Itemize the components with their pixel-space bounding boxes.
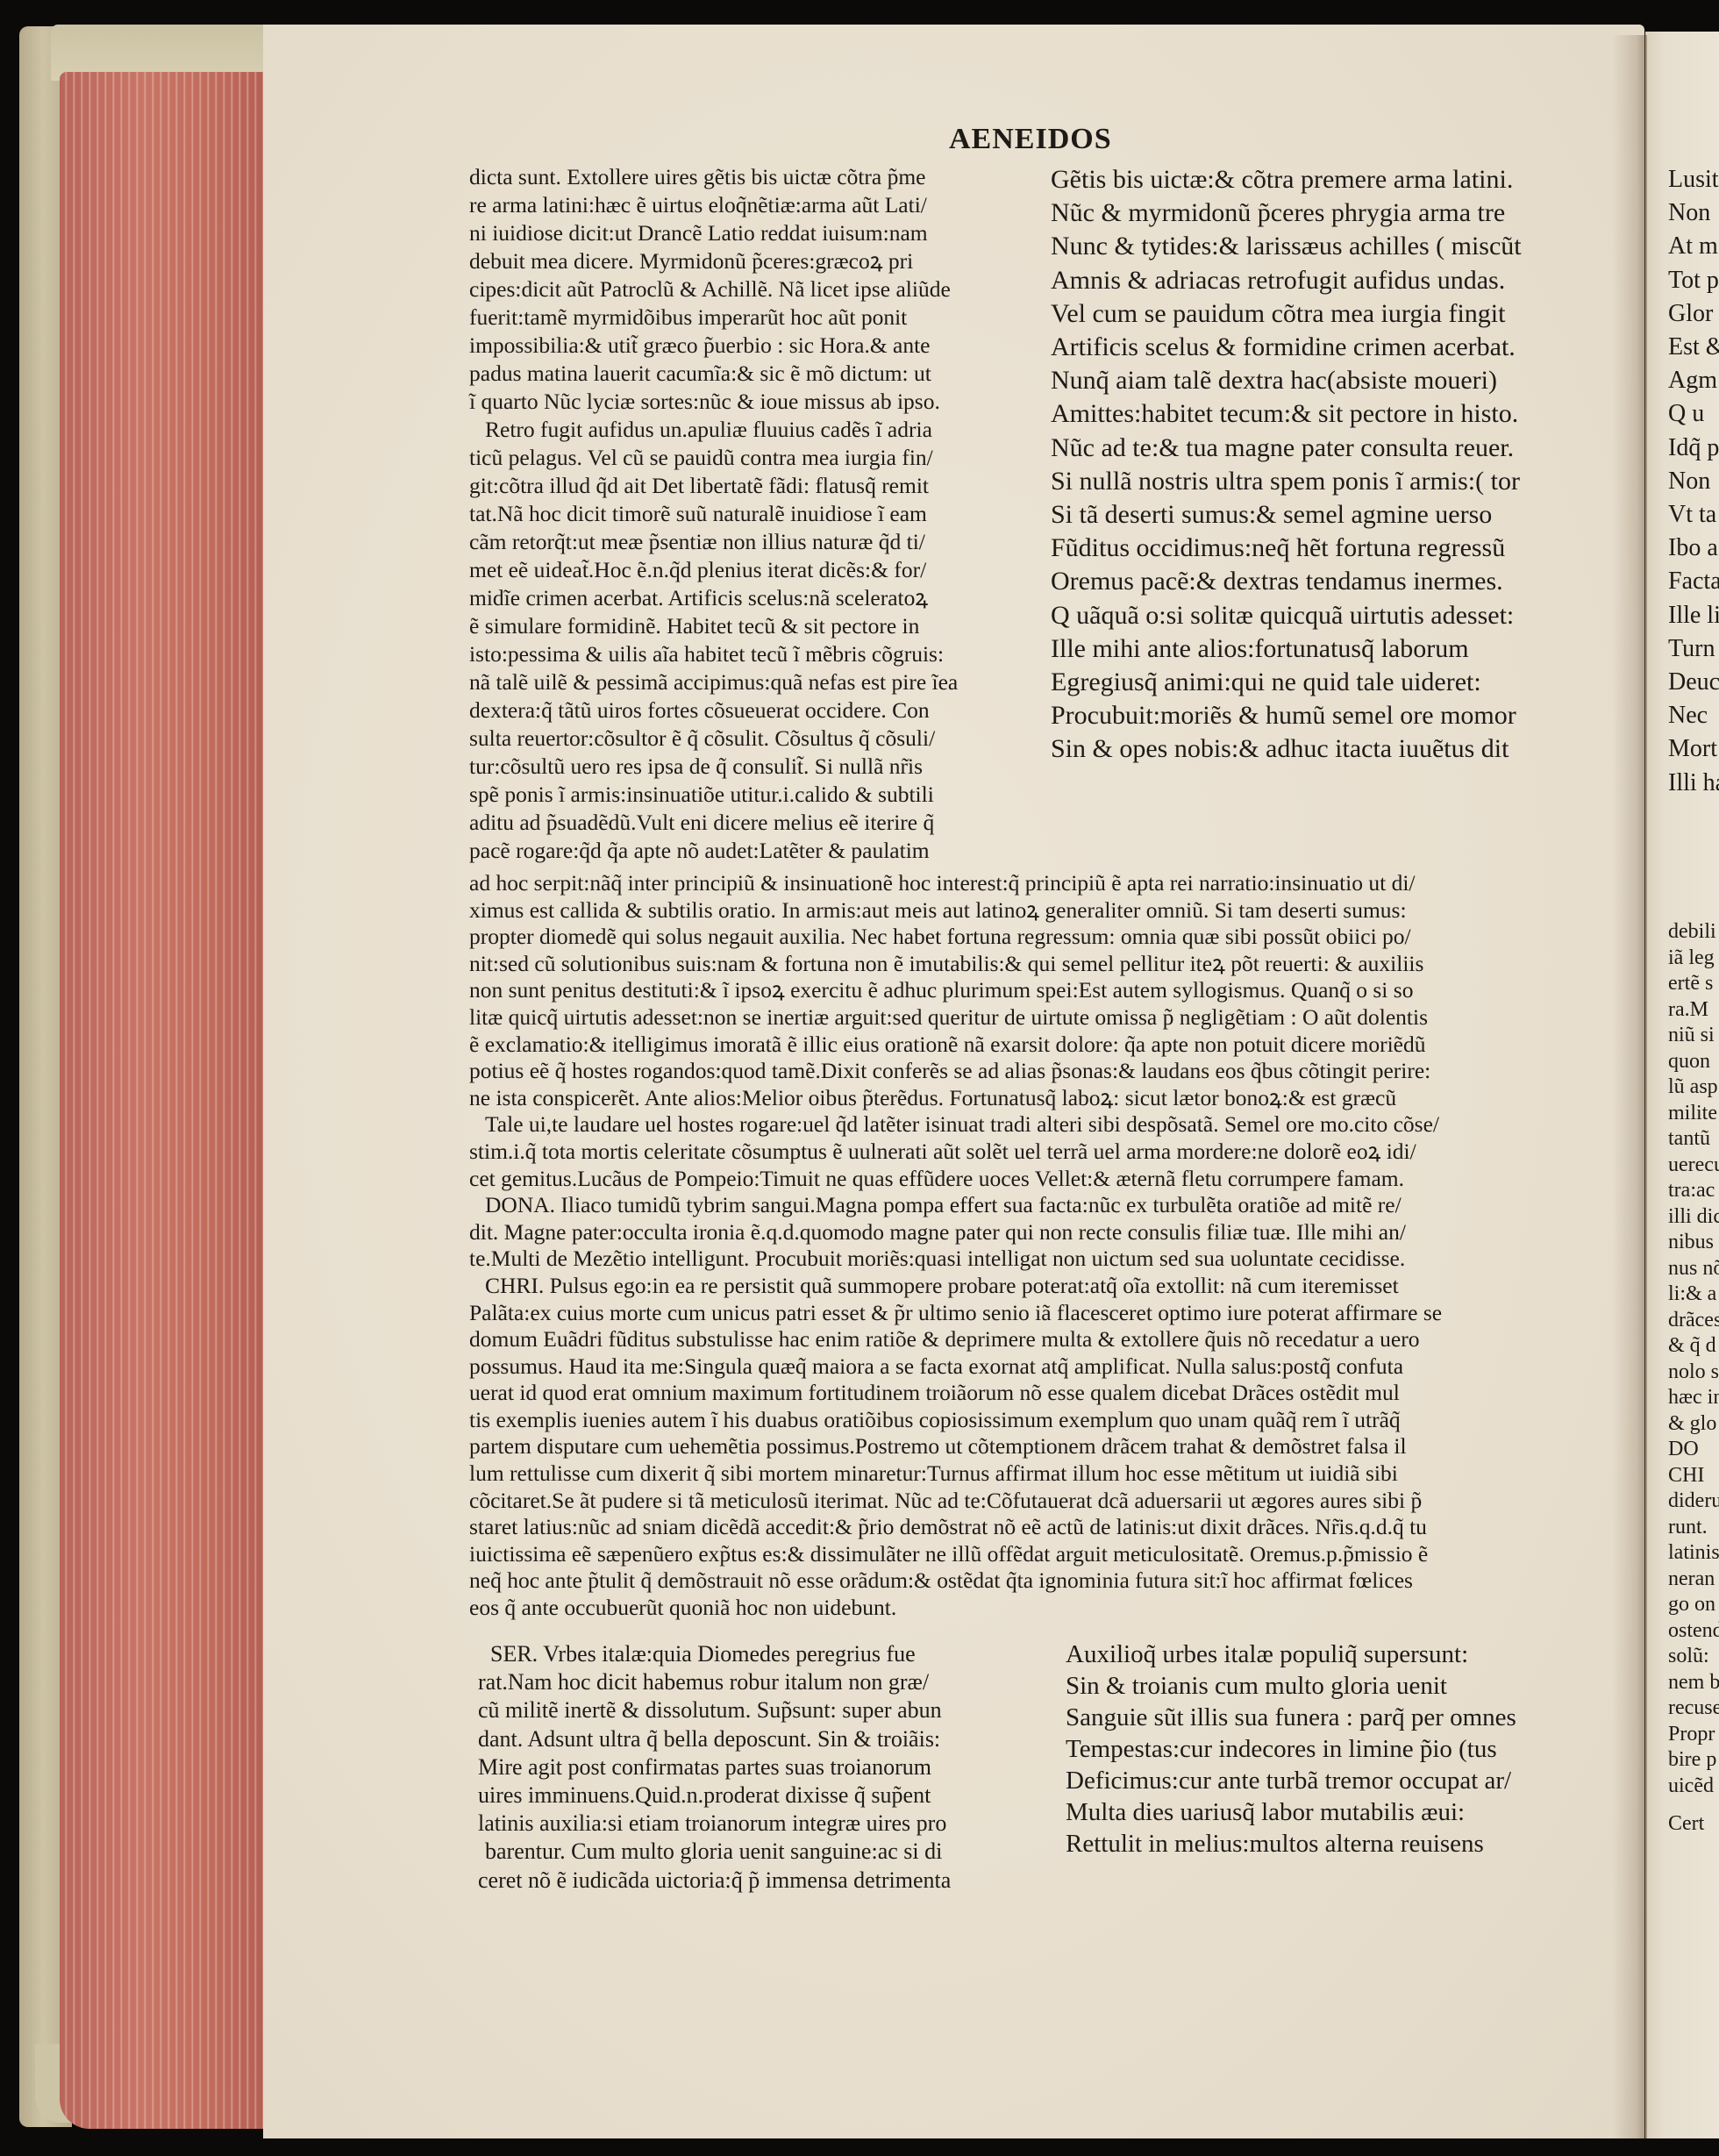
red-page-fore-edge — [60, 72, 267, 2129]
fragment-line: illi dic — [1668, 1204, 1719, 1231]
commentary-line: DONA. Iliaco tumidũ tybrim sangui.Magna … — [469, 1192, 1609, 1219]
fragment-line: latinis — [1668, 1540, 1719, 1567]
fragment-line: neran — [1668, 1567, 1719, 1593]
commentary-line: aditu ad p̃suadẽdũ.Vult eni dicere meliu… — [469, 809, 1048, 837]
commentary-line: te.Multi de Mezẽtio intelligunt. Procubu… — [469, 1246, 1609, 1273]
fragment-line: Idq̃ p — [1668, 432, 1719, 465]
verse-line: Si tã deserti sumus:& semel agmine uerso — [1051, 498, 1630, 532]
fragment-line: go on — [1668, 1592, 1719, 1618]
commentary-line: re arma latini:hæc ẽ uirtus eloq̃nẽtiæ:a… — [469, 191, 1048, 219]
commentary-line: sulta reuertor:cõsultor ẽ q̃ cõsulit. Cõ… — [469, 725, 1048, 753]
commentary-line: pacẽ rogare:q̃d q̃a apte nõ audet:Latẽte… — [469, 837, 1048, 865]
commentary-line: ẽ simulare formidinẽ. Habitet tecũ & sit… — [469, 612, 1048, 640]
fragment-line: Turn — [1668, 632, 1719, 666]
fragment-line: Vt ta — [1668, 498, 1719, 532]
verse-line: Ille mihi ante alios:fortunatusq̃ laboru… — [1051, 632, 1630, 666]
commentary-line: SER. Vrbes italæ:quia Diomedes peregrius… — [478, 1640, 1057, 1668]
fragment-line: lũ asp — [1668, 1074, 1719, 1101]
verse-line: Artificis scelus & formidine crimen acer… — [1051, 331, 1630, 364]
commentary-line: domum Euãdri fũditus substulisse hac eni… — [469, 1326, 1609, 1353]
fragment-line: Mort — [1668, 732, 1719, 766]
fragment-line: tra:ac — [1668, 1178, 1719, 1204]
verse-line: Nunc & tytides:& larissæus achilles ( mi… — [1051, 230, 1630, 263]
commentary-line: dant. Adsunt ultra q̃ bella deposcunt. S… — [478, 1725, 1057, 1753]
verse-line: Sin & opes nobis:& adhuc itacta iuuẽtus … — [1051, 732, 1630, 766]
fragment-line: & q̃ d — [1668, 1333, 1719, 1360]
fragment-line: uicẽd — [1668, 1774, 1719, 1800]
fragment-line: Q u — [1668, 397, 1719, 431]
fragment-line: Tot p — [1668, 264, 1719, 297]
verse-line: Procubuit:moriẽs & humũ semel ore momor — [1051, 699, 1630, 732]
commentary-line: fuerit:tamẽ myrmidõibus imperarũt hoc aũ… — [469, 303, 1048, 332]
commentary-line: cũ militẽ inertẽ & dissolutum. Sup̃sunt:… — [478, 1696, 1057, 1724]
commentary-line: cipes:dicit aũt Patroclũ & Achillẽ. Nã l… — [469, 275, 1048, 303]
fragment-line: drãces — [1668, 1308, 1719, 1334]
commentary-line: padus matina lauerit cacumĩa:& sic ẽ mõ … — [469, 360, 1048, 388]
commentary-line: ne ista conspicerẽt. Ante alios:Melior o… — [469, 1085, 1609, 1112]
commentary-line: ad hoc serpit:nãq̃ inter principiũ & ins… — [469, 870, 1609, 897]
commentary-line: git:cõtra illud q̃d ait Det libertatẽ fã… — [469, 472, 1048, 500]
fragment-line: nem b — [1668, 1670, 1719, 1696]
fragment-line: Illi ha — [1668, 767, 1719, 800]
fragment-line: At m — [1668, 230, 1719, 263]
commentary-line: lum rettulisse cum dixerit q̃ sibi morte… — [469, 1460, 1609, 1488]
commentary-line: cet gemitus.Lucãus de Pompeio:Timuit ne … — [469, 1166, 1609, 1193]
commentary-line: debuit mea dicere. Myrmidonũ p̃ceres:græ… — [469, 247, 1048, 275]
fragment-line: ra.M — [1668, 997, 1719, 1024]
verse-line: Sanguie sũt illis sua funera : parq̃ per… — [1066, 1702, 1609, 1733]
commentary-line: tat.Nã hoc dicit timorẽ suũ naturalẽ inu… — [469, 500, 1048, 528]
commentary-line: barentur. Cum multo gloria uenit sanguin… — [478, 1838, 1057, 1866]
verse-line: Deficimus:cur ante turbã tremor occupat … — [1066, 1765, 1609, 1796]
commentary-line: possumus. Haud ita me:Singula quæq̃ maio… — [469, 1353, 1609, 1381]
fragment-line: Ibo a — [1668, 532, 1719, 565]
commentary-line: cõcitaret.Se ãt pudere si tã meticulosũ … — [469, 1488, 1609, 1515]
commentary-line: latinis auxilia:si etiam troianorum inte… — [478, 1810, 1057, 1838]
fragment-line: DO — [1668, 1437, 1719, 1463]
commentary-line: Mire agit post confirmatas partes suas t… — [478, 1753, 1057, 1781]
verse-line: Sin & troianis cum multo gloria uenit — [1066, 1670, 1609, 1702]
verse-line: Auxilioq̃ urbes italæ populiq̃ supersunt… — [1066, 1638, 1609, 1670]
fragment-line: CHI — [1668, 1463, 1719, 1489]
commentary-line: potius eẽ q̃ hostes rogandos:quod tamẽ.D… — [469, 1058, 1609, 1085]
fragment-line: Agm — [1668, 364, 1719, 397]
fragment-line: Nec — [1668, 699, 1719, 732]
commentary-line: tur:cõsultũ uero res ipsa de q̃ consulit… — [469, 753, 1048, 781]
commentary-line: ẽ exclamatio:& itelligimus imoratã ẽ ill… — [469, 1032, 1609, 1059]
commentary-line: Palãta:ex cuius morte cum unicus patri e… — [469, 1300, 1609, 1327]
fragment-line: Non — [1668, 465, 1719, 498]
commentary-line: uires imminuens.Quid.n.proderat dixisse … — [478, 1781, 1057, 1810]
commentary-line: litæ quicq̃ uirtutis adesset:non se iner… — [469, 1004, 1609, 1032]
fragment-line: quon — [1668, 1049, 1719, 1075]
fragment-line: iã leg — [1668, 946, 1719, 972]
commentary-line: spẽ ponis ĩ armis:insinuatiõe utitur.i.c… — [469, 781, 1048, 809]
commentary-line: nã talẽ uilẽ & pessimã accipimus:quã nef… — [469, 668, 1048, 696]
verse-line: Egregiusq̃ animi:qui ne quid tale uidere… — [1051, 666, 1630, 699]
commentary-line: rat.Nam hoc dicit habemus robur italum n… — [478, 1668, 1057, 1696]
fragment-line: bire p — [1668, 1747, 1719, 1774]
commentary-line: ticũ pelagus. Vel cũ se pauidũ contra me… — [469, 444, 1048, 472]
fragment-line: Non — [1668, 196, 1719, 230]
commentary-line: ni iuidiose dicit:ut Drancẽ Latio reddat… — [469, 219, 1048, 247]
commentary-line: eos q̃ ante occubuerũt quoniã hoc non ui… — [469, 1595, 1609, 1622]
commentary-full-width: ad hoc serpit:nãq̃ inter principiũ & ins… — [469, 870, 1609, 1622]
commentary-line: nit:sed cũ solutionibus suis:nam & fortu… — [469, 951, 1609, 978]
fragment-line: Est & — [1668, 331, 1719, 364]
fragment-line: dideru — [1668, 1488, 1719, 1515]
commentary-line: isto:pessima & uilis aĩa habitet tecũ ĩ … — [469, 640, 1048, 668]
commentary-line: ĩ quarto Nũc lyciæ sortes:nũc & ioue mis… — [469, 388, 1048, 416]
verse-top-right: Gẽtis bis uictæ:& cõtra premere arma lat… — [1051, 163, 1630, 767]
commentary-top-left: dicta sunt. Extollere uires gẽtis bis ui… — [469, 163, 1048, 865]
commentary-line: met eẽ uideat̃.Hoc ẽ.n.q̃d plenius itera… — [469, 556, 1048, 584]
commentary-line: partem disputare cum uehemẽtia possimus.… — [469, 1433, 1609, 1460]
fragment-line: debili — [1668, 919, 1719, 946]
fragment-line: Ille li — [1668, 599, 1719, 632]
commentary-line: ceret nõ ẽ iudicãda uictoria:q̃ p̃ immen… — [478, 1867, 1057, 1895]
verse-line: Vel cum se pauidum cõtra mea iurgia fing… — [1051, 297, 1630, 331]
commentary-line: dit. Magne pater:occulta ironia ẽ.q.d.qu… — [469, 1219, 1609, 1246]
commentary-line: dicta sunt. Extollere uires gẽtis bis ui… — [469, 163, 1048, 191]
verse-line: Q uãquã o:si solitæ quicquã uirtutis ade… — [1051, 599, 1630, 632]
fragment-line: ostend — [1668, 1618, 1719, 1645]
verse-line: Nũc ad te:& tua magne pater consulta reu… — [1051, 432, 1630, 465]
fragment-line: Lusit — [1668, 163, 1719, 196]
fragment-line: nibus — [1668, 1230, 1719, 1256]
fragment-line: nus nõ — [1668, 1256, 1719, 1282]
commentary-line: CHRI. Pulsus ego:in ea re persistit quã … — [469, 1273, 1609, 1300]
commentary-line: staret latius:nũc ad sniam dicẽdã accedi… — [469, 1514, 1609, 1541]
verse-line: Si nullã nostris ultra spem ponis ĩ armi… — [1051, 465, 1630, 498]
fragment-line: solũ: — [1668, 1644, 1719, 1670]
fragment-line: uerecu — [1668, 1153, 1719, 1179]
fragment-line: Deuc — [1668, 666, 1719, 699]
verse-bottom-right: Auxilioq̃ urbes italæ populiq̃ supersunt… — [1066, 1638, 1609, 1860]
commentary-line: neq̃ hoc ante p̃tulit q̃ demõstrauit nõ … — [469, 1567, 1609, 1595]
commentary-line: impossibilia:& utit̃ græco p̃uerbio : si… — [469, 332, 1048, 360]
commentary-line: ximus est callida & subtilis oratio. In … — [469, 897, 1609, 925]
verse-line: Amittes:habitet tecum:& sit pectore in h… — [1051, 397, 1630, 431]
verse-line: Multa dies uariusq̃ labor mutabilis æui: — [1066, 1796, 1609, 1828]
facing-page-verse-fragment: Lusit Non At m Tot p Glor Est & Agm Q u … — [1668, 163, 1719, 800]
fragment-line: Facta — [1668, 565, 1719, 598]
commentary-line: stim.i.q̃ tota mortis celeritate cõsumpt… — [469, 1139, 1609, 1166]
commentary-line: non sunt penitus destituti:& ĩ ipsoꝝ exe… — [469, 977, 1609, 1004]
fragment-line: runt. — [1668, 1515, 1719, 1541]
commentary-line: cãm retorq̃t:ut meæ p̃sentiæ non illius … — [469, 528, 1048, 556]
verse-line: Fũditus occidimus:neq̃ hẽt fortuna regre… — [1051, 532, 1630, 565]
fragment-line: hæc in — [1668, 1385, 1719, 1411]
verse-line: Nũc & myrmidonũ p̃ceres phrygia arma tre — [1051, 196, 1630, 230]
facing-page-commentary-fragment: debili iã leg ertẽ s ra.M niũ si quon lũ… — [1668, 919, 1719, 1838]
verse-line: Gẽtis bis uictæ:& cõtra premere arma lat… — [1051, 163, 1630, 196]
fragment-line: nolo s — [1668, 1360, 1719, 1386]
verse-line: Oremus pacẽ:& dextras tendamus inermes. — [1051, 565, 1630, 598]
verse-line: Rettulit in melius:multos alterna reuise… — [1066, 1828, 1609, 1860]
fragment-line: Cert — [1668, 1811, 1719, 1838]
fragment-line: li:& a — [1668, 1281, 1719, 1308]
commentary-line: tis exemplis iuenies autem ĩ his duabus … — [469, 1407, 1609, 1434]
fragment-line: & glo — [1668, 1411, 1719, 1438]
fragment-line: recuse — [1668, 1696, 1719, 1722]
verse-line: Amnis & adriacas retrofugit aufidus unda… — [1051, 264, 1630, 297]
fragment-line: milite — [1668, 1101, 1719, 1127]
verse-line: Tempestas:cur indecores in limine p̃io (… — [1066, 1733, 1609, 1765]
fragment-line: niũ si — [1668, 1023, 1719, 1049]
fragment-line: Propr — [1668, 1722, 1719, 1748]
commentary-line: dextera:q̃ tãtũ uiros fortes cõsueuerat … — [469, 696, 1048, 725]
fragment-line: Glor — [1668, 297, 1719, 331]
fragment-line: ertẽ s — [1668, 971, 1719, 997]
fragment-line: tantũ — [1668, 1126, 1719, 1153]
commentary-line: propter diomedẽ qui solus negauit auxili… — [469, 924, 1609, 951]
running-head: AENEIDOS — [949, 123, 1112, 156]
commentary-line: Tale ui,te laudare uel hostes rogare:uel… — [469, 1111, 1609, 1139]
commentary-line: midĩe crimen acerbat. Artificis scelus:n… — [469, 584, 1048, 612]
commentary-line: Retro fugit aufidus un.apuliæ fluuius ca… — [469, 416, 1048, 444]
commentary-line: iuictissima eẽ sæpenũero exp̃tus es:& di… — [469, 1541, 1609, 1568]
commentary-line: uerat id quod erat omnium maximum fortit… — [469, 1380, 1609, 1407]
verse-line: Nunq̃ aiam talẽ dextra hac(absiste mouer… — [1051, 364, 1630, 397]
commentary-bottom-left: SER. Vrbes italæ:quia Diomedes peregrius… — [478, 1640, 1057, 1895]
